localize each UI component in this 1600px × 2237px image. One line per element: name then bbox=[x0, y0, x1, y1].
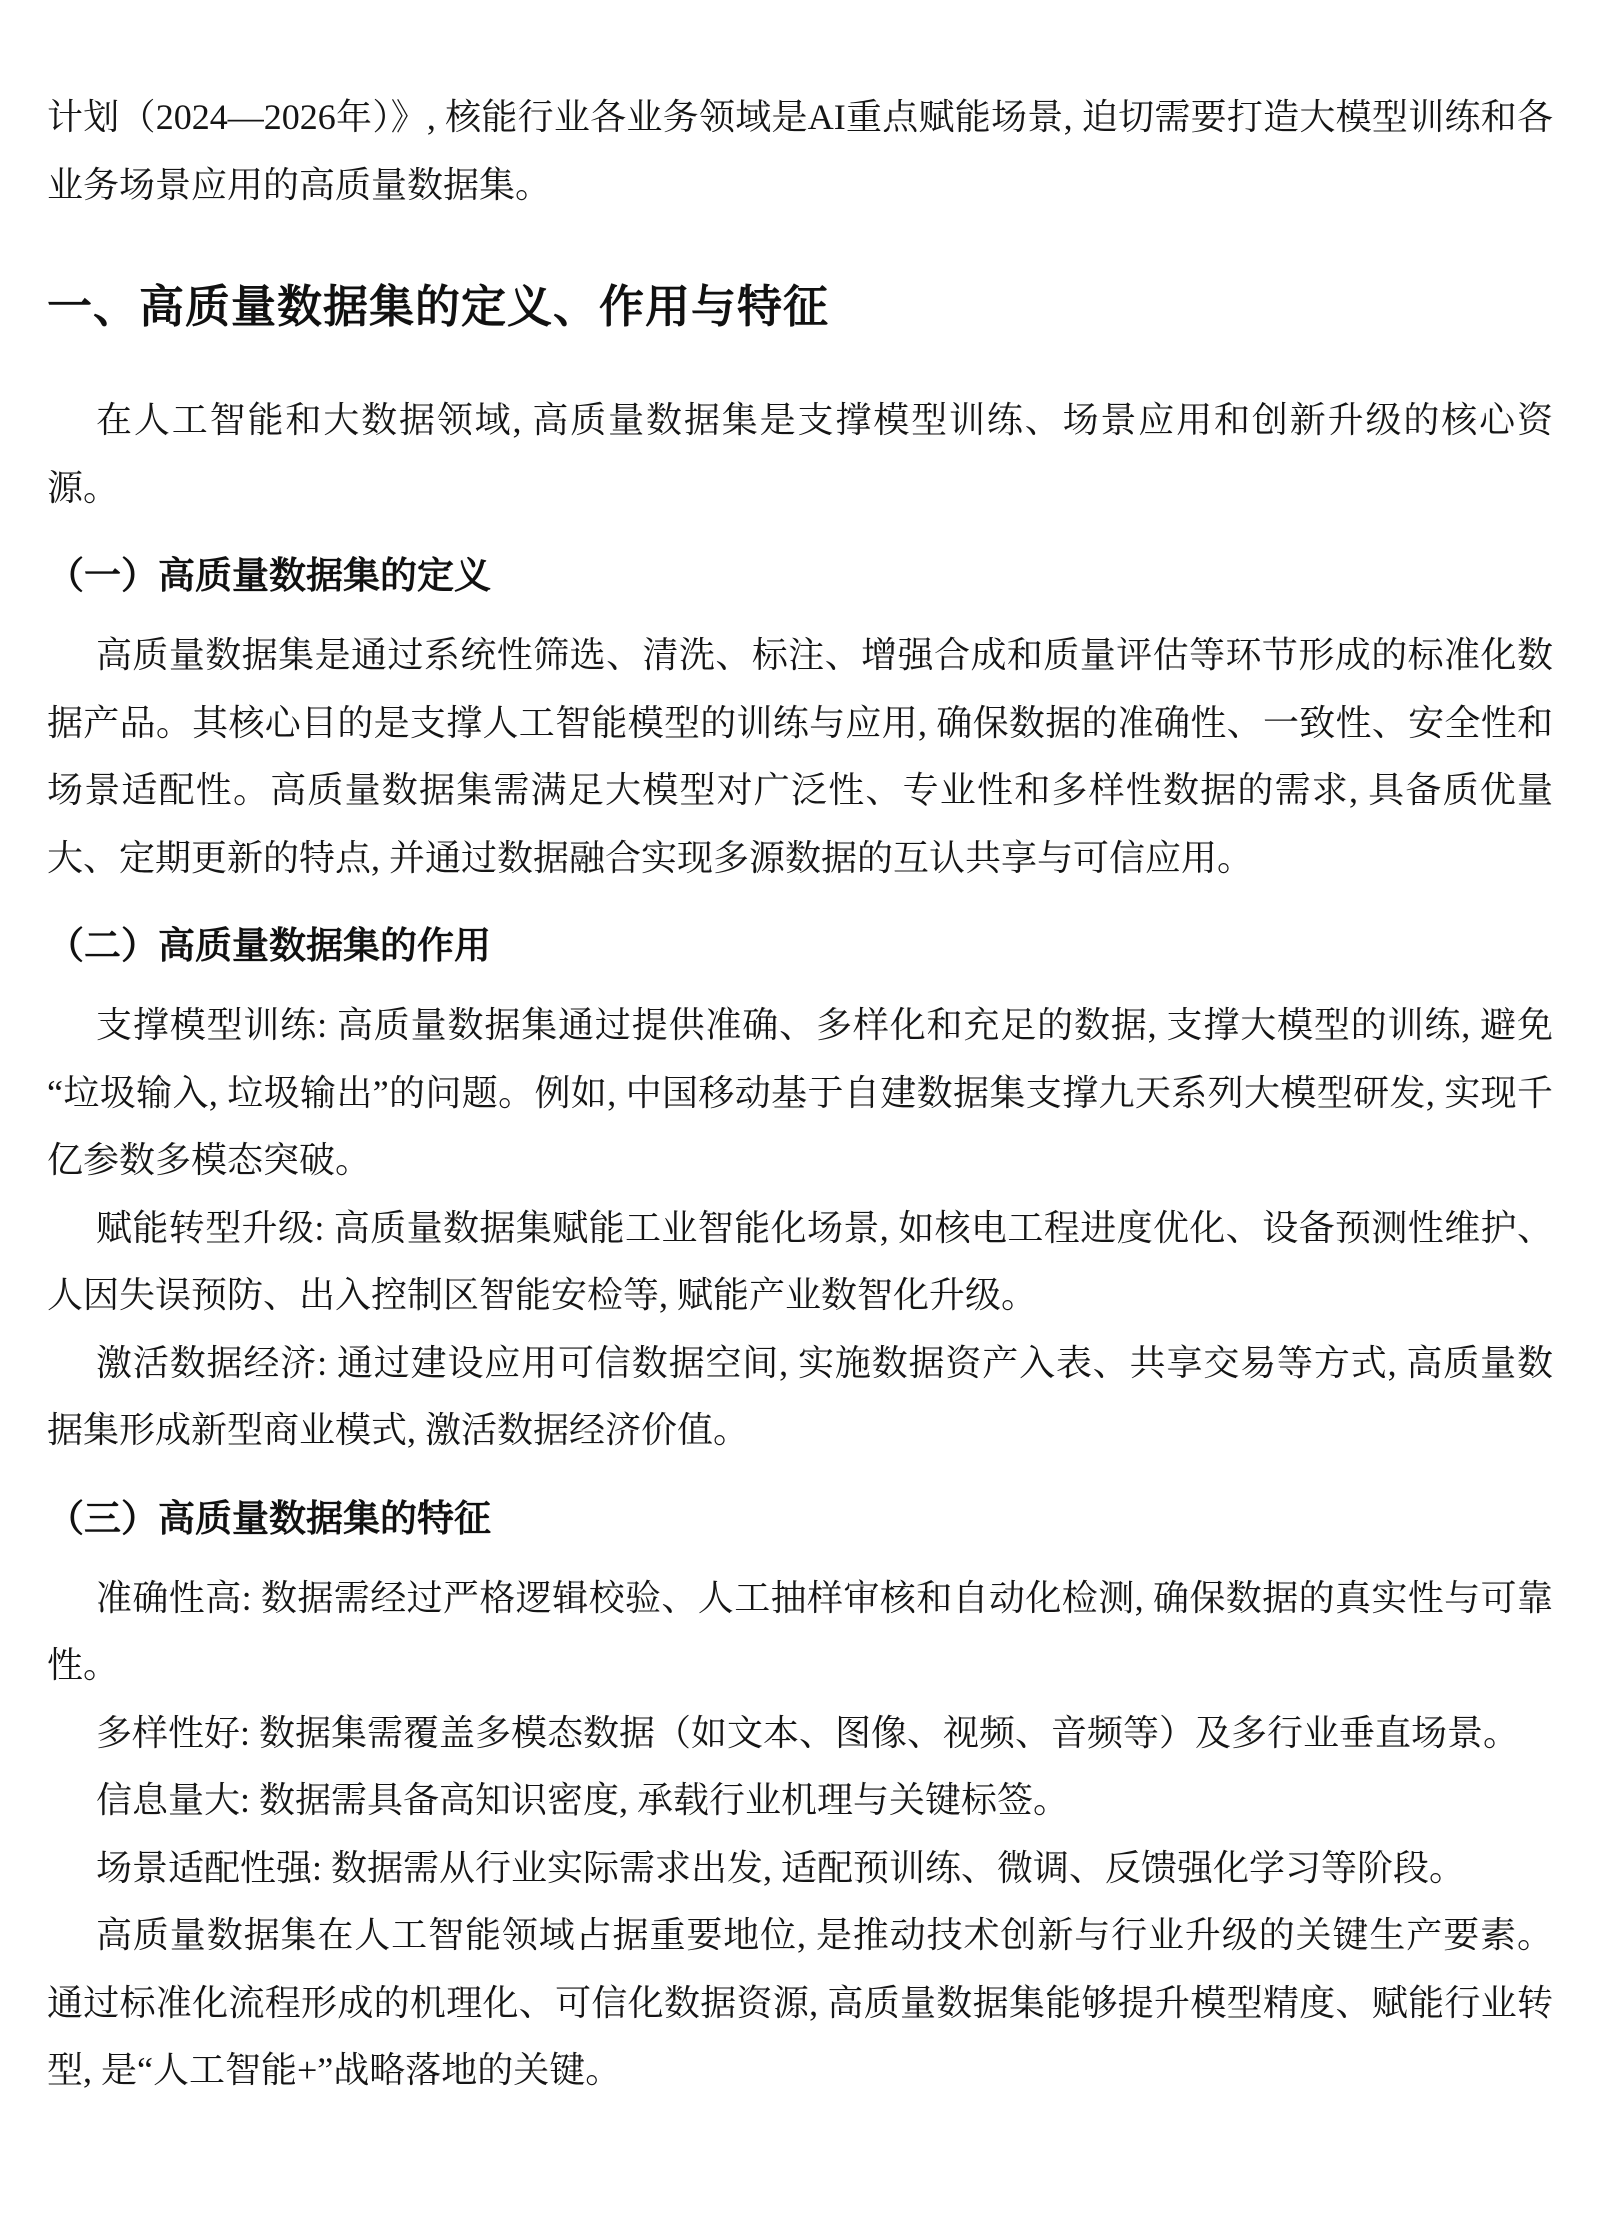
subsection-2-heading: （二）高质量数据集的作用 bbox=[47, 922, 1553, 970]
intro-paragraph: 计划（2024—2026年）》, 核能行业各业务领域是AI重点赋能场景, 迫切需… bbox=[47, 84, 1553, 219]
role-paragraph-transformation: 赋能转型升级: 高质量数据集赋能工业智能化场景, 如核电工程进度优化、设备预测性… bbox=[47, 1195, 1553, 1330]
summary-paragraph: 高质量数据集在人工智能领域占据重要地位, 是推动技术创新与行业升级的关键生产要素… bbox=[47, 1902, 1553, 2105]
role-paragraph-data-economy: 激活数据经济: 通过建设应用可信数据空间, 实施数据资产入表、共享交易等方式, … bbox=[47, 1330, 1553, 1465]
subsection-3-heading: （三）高质量数据集的特征 bbox=[47, 1495, 1553, 1543]
section-1-heading: 一、高质量数据集的定义、作用与特征 bbox=[47, 279, 1553, 335]
feature-paragraph-diversity: 多样性好: 数据集需覆盖多模态数据（如文本、图像、视频、音频等）及多行业垂直场景… bbox=[47, 1700, 1553, 1768]
definition-paragraph: 高质量数据集是通过系统性筛选、清洗、标注、增强合成和质量评估等环节形成的标准化数… bbox=[47, 622, 1553, 892]
role-paragraph-model-training: 支撑模型训练: 高质量数据集通过提供准确、多样化和充足的数据, 支撑大模型的训练… bbox=[47, 992, 1553, 1195]
lead-paragraph: 在人工智能和大数据领域, 高质量数据集是支撑模型训练、场景应用和创新升级的核心资… bbox=[47, 387, 1553, 522]
document-page: 计划（2024—2026年）》, 核能行业各业务领域是AI重点赋能场景, 迫切需… bbox=[0, 0, 1600, 2237]
feature-paragraph-information: 信息量大: 数据需具备高知识密度, 承载行业机理与关键标签。 bbox=[47, 1767, 1553, 1835]
feature-paragraph-scenario-fit: 场景适配性强: 数据需从行业实际需求出发, 适配预训练、微调、反馈强化学习等阶段… bbox=[47, 1835, 1553, 1903]
feature-paragraph-accuracy: 准确性高: 数据需经过严格逻辑校验、人工抽样审核和自动化检测, 确保数据的真实性… bbox=[47, 1565, 1553, 1700]
subsection-1-heading: （一）高质量数据集的定义 bbox=[47, 552, 1553, 600]
